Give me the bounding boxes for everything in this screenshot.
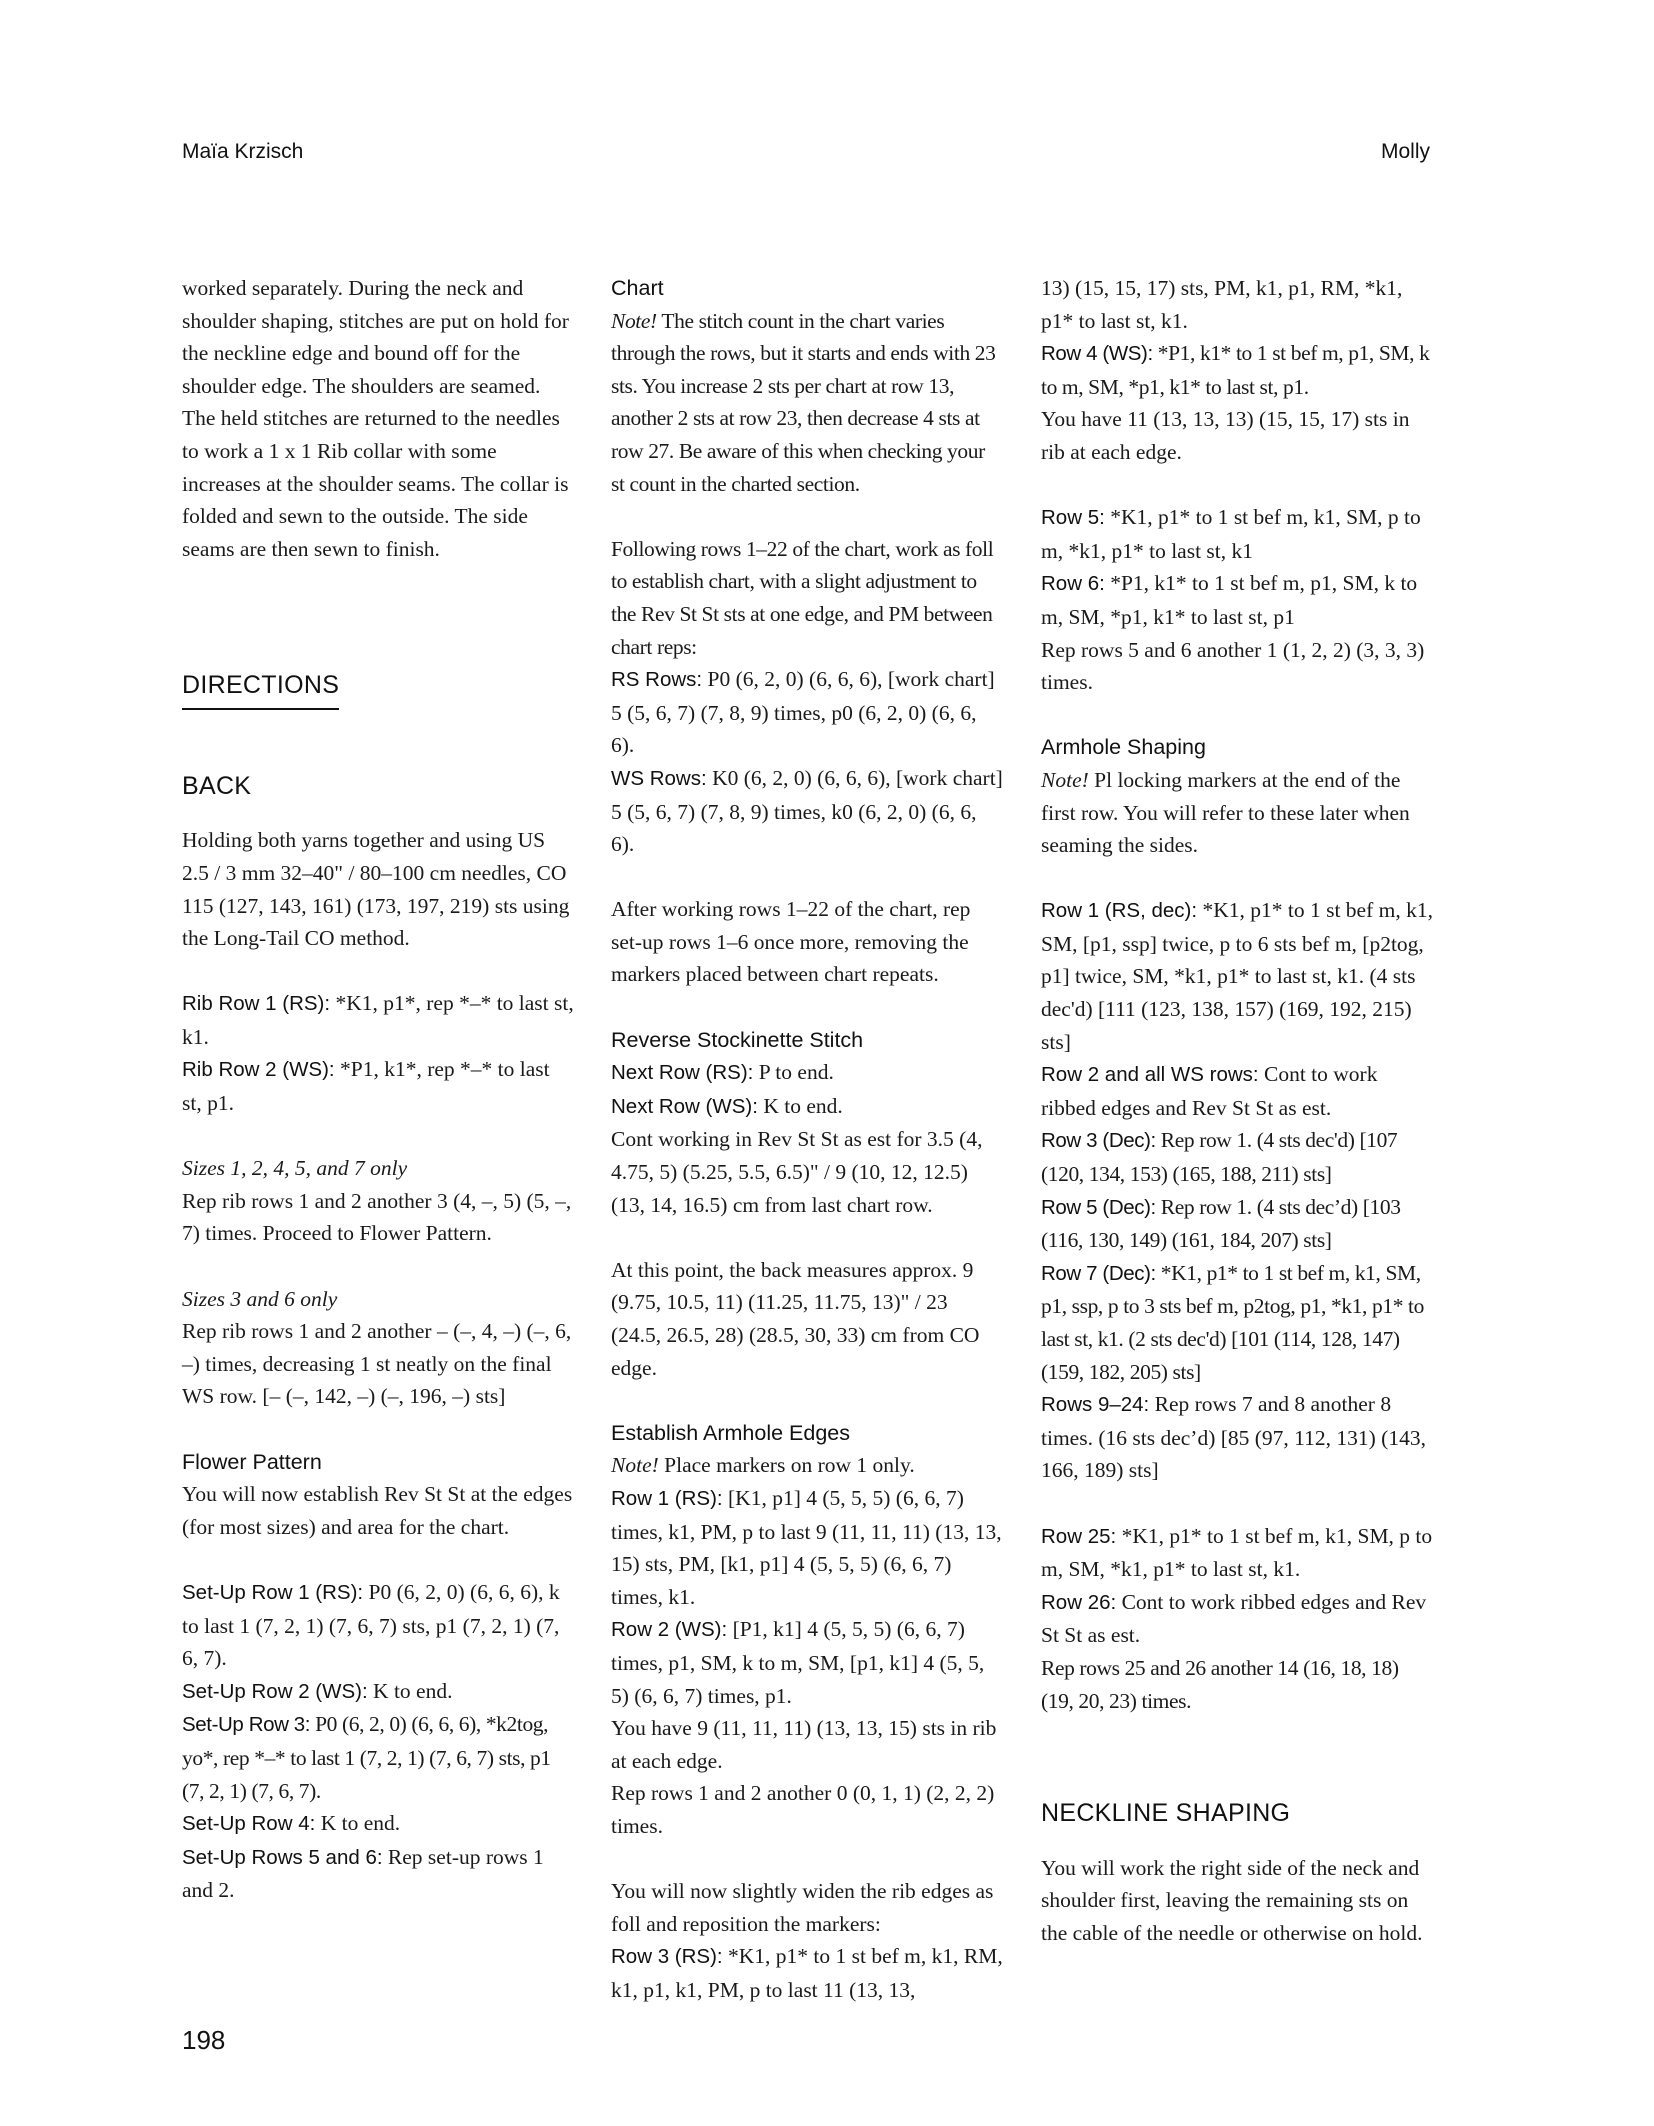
repeat-rows-5-6-text: Rep rows 5 and 6 another 1 (1, 2, 2) (3,… [1041,634,1433,699]
chart-note: Note! The stitch count in the chart vari… [611,305,1003,501]
chart-note-label: Note! [611,309,657,333]
continue-text: Cont working in Rev St St as est for 3.5… [611,1123,1003,1221]
setup-row-label: Set-Up Row 1 (RS): [182,1581,363,1604]
neckline-shaping-heading: NECKLINE SHAPING [1041,1797,1433,1830]
cast-on-paragraph: Holding both yarns together and using US… [182,824,574,954]
dec-row: Row 1 (RS, dec): *K1, p1* to 1 st bef m,… [1041,894,1433,1058]
establish-armhole-heading: Establish Armhole Edges [611,1417,1003,1450]
sizes-b-text: Rep rib rows 1 and 2 another – (–, 4, –)… [182,1315,574,1413]
rib-count-text: You have 9 (11, 11, 11) (13, 13, 15) sts… [611,1712,1003,1777]
armhole-note-text: Place markers on row 1 only. [659,1453,915,1477]
widen-rib-text: You will now slightly widen the rib edge… [611,1875,1003,1940]
setup-row: Set-Up Rows 5 and 6: Rep set-up rows 1 a… [182,1841,574,1907]
row-25-label: Row 25: [1041,1525,1116,1548]
dec-row-label: Row 1 (RS, dec): [1041,899,1197,922]
row-2: Row 2 (WS): [P1, k1] 4 (5, 5, 5) (6, 6, … [611,1613,1003,1712]
shaping-note: Note! Pl locking markers at the end of t… [1041,764,1433,862]
ws-rows-label: WS Rows: [611,767,707,790]
repeat-rows-25-26-text: Rep rows 25 and 26 another 14 (16, 18, 1… [1041,1652,1433,1717]
rib-row-1: Rib Row 1 (RS): *K1, p1*, rep *–* to las… [182,987,574,1053]
dec-row-label: Row 5 (Dec): [1041,1196,1156,1219]
after-chart-text: After working rows 1–22 of the chart, re… [611,893,1003,991]
next-row-rs-text: P to end. [753,1060,833,1084]
armhole-shaping-heading: Armhole Shaping [1041,731,1433,764]
row-26-label: Row 26: [1041,1591,1116,1614]
row-3-label: Row 3 (RS): [611,1945,723,1968]
next-row-ws-label: Next Row (WS): [611,1095,758,1118]
intro-paragraph: worked separately. During the neck and s… [182,272,574,565]
row-3-continued: 13) (15, 15, 17) sts, PM, k1, p1, RM, *k… [1041,272,1433,337]
reverse-stockinette-heading: Reverse Stockinette Stitch [611,1024,1003,1057]
flower-pattern-heading: Flower Pattern [182,1446,574,1479]
column-2: Chart Note! The stitch count in the char… [611,272,1003,2006]
rib-count-text: You have 11 (13, 13, 13) (15, 15, 17) st… [1041,403,1433,468]
shaping-note-text: Pl locking markers at the end of the fir… [1041,768,1410,857]
directions-heading-text: DIRECTIONS [182,669,339,710]
row-2-label: Row 2 (WS): [611,1618,727,1641]
shaping-note-label: Note! [1041,768,1089,792]
setup-row-label: Set-Up Row 4: [182,1812,315,1835]
measurement-text: At this point, the back measures approx.… [611,1254,1003,1384]
dec-row: Row 5 (Dec): Rep row 1. (4 sts dec’d) [1… [1041,1191,1433,1257]
sizes-a-label: Sizes 1, 2, 4, 5, and 7 only [182,1152,574,1185]
running-head-pattern-name: Molly [1381,140,1430,164]
dec-row: Row 2 and all WS rows: Cont to work ribb… [1041,1058,1433,1124]
row-25: Row 25: *K1, p1* to 1 st bef m, k1, SM, … [1041,1520,1433,1586]
row-6: Row 6: *P1, k1* to 1 st bef m, p1, SM, k… [1041,567,1433,633]
neckline-text: You will work the right side of the neck… [1041,1852,1433,1950]
column-1: worked separately. During the neck and s… [182,272,574,1907]
dec-row: Rows 9–24: Rep rows 7 and 8 another 8 ti… [1041,1388,1433,1487]
row-6-label: Row 6: [1041,572,1105,595]
column-3: 13) (15, 15, 17) sts, PM, k1, p1, RM, *k… [1041,272,1433,1950]
chart-note-text: The stitch count in the chart varies thr… [611,309,995,496]
setup-row: Set-Up Row 4: K to end. [182,1807,574,1841]
sizes-a-text: Rep rib rows 1 and 2 another 3 (4, –, 5)… [182,1185,574,1250]
flower-pattern-text: You will now establish Rev St St at the … [182,1478,574,1543]
setup-row-text: K to end. [368,1679,453,1703]
row-1-label: Row 1 (RS): [611,1487,723,1510]
row-1: Row 1 (RS): [K1, p1] 4 (5, 5, 5) (6, 6, … [611,1482,1003,1613]
dec-row-label: Row 7 (Dec): [1041,1262,1156,1285]
armhole-note-label: Note! [611,1453,659,1477]
row-3: Row 3 (RS): *K1, p1* to 1 st bef m, k1, … [611,1940,1003,2006]
setup-row: Set-Up Row 1 (RS): P0 (6, 2, 0) (6, 6, 6… [182,1576,574,1675]
sizes-b-label: Sizes 3 and 6 only [182,1283,574,1316]
dec-row-label: Row 2 and all WS rows: [1041,1063,1259,1086]
rib-row-1-label: Rib Row 1 (RS): [182,992,330,1015]
rib-row-2-label: Rib Row 2 (WS): [182,1058,335,1081]
setup-row-label: Set-Up Row 2 (WS): [182,1680,368,1703]
directions-heading: DIRECTIONS [182,669,574,710]
repeat-rows-text: Rep rows 1 and 2 another 0 (0, 1, 1) (2,… [611,1777,1003,1842]
setup-row: Set-Up Row 3: P0 (6, 2, 0) (6, 6, 6), *k… [182,1708,574,1807]
setup-row-label: Set-Up Row 3: [182,1713,310,1736]
rs-rows: RS Rows: P0 (6, 2, 0) (6, 6, 6), [work c… [611,663,1003,762]
dec-row-label: Row 3 (Dec): [1041,1129,1156,1152]
next-row-rs: Next Row (RS): P to end. [611,1056,1003,1090]
setup-row-text: K to end. [315,1811,400,1835]
row-26: Row 26: Cont to work ribbed edges and Re… [1041,1586,1433,1652]
row-5: Row 5: *K1, p1* to 1 st bef m, k1, SM, p… [1041,501,1433,567]
armhole-note: Note! Place markers on row 1 only. [611,1449,1003,1482]
setup-row: Set-Up Row 2 (WS): K to end. [182,1675,574,1709]
next-row-ws-text: K to end. [758,1094,843,1118]
rs-rows-label: RS Rows: [611,668,702,691]
dec-row: Row 3 (Dec): Rep row 1. (4 sts dec'd) [1… [1041,1124,1433,1190]
rib-row-2: Rib Row 2 (WS): *P1, k1*, rep *–* to las… [182,1053,574,1119]
chart-heading: Chart [611,272,1003,305]
page-number: 198 [182,2025,225,2056]
row-4-label: Row 4 (WS): [1041,342,1153,365]
dec-row: Row 7 (Dec): *K1, p1* to 1 st bef m, k1,… [1041,1257,1433,1388]
next-row-ws: Next Row (WS): K to end. [611,1090,1003,1124]
row-5-label: Row 5: [1041,506,1105,529]
running-head-author: Maïa Krzisch [182,140,303,164]
dec-row-label: Rows 9–24: [1041,1393,1149,1416]
setup-row-label: Set-Up Rows 5 and 6: [182,1846,383,1869]
ws-rows: WS Rows: K0 (6, 2, 0) (6, 6, 6), [work c… [611,762,1003,861]
row-4: Row 4 (WS): *P1, k1* to 1 st bef m, p1, … [1041,337,1433,403]
following-rows-text: Following rows 1–22 of the chart, work a… [611,533,1003,663]
back-heading: BACK [182,770,574,803]
next-row-rs-label: Next Row (RS): [611,1061,753,1084]
